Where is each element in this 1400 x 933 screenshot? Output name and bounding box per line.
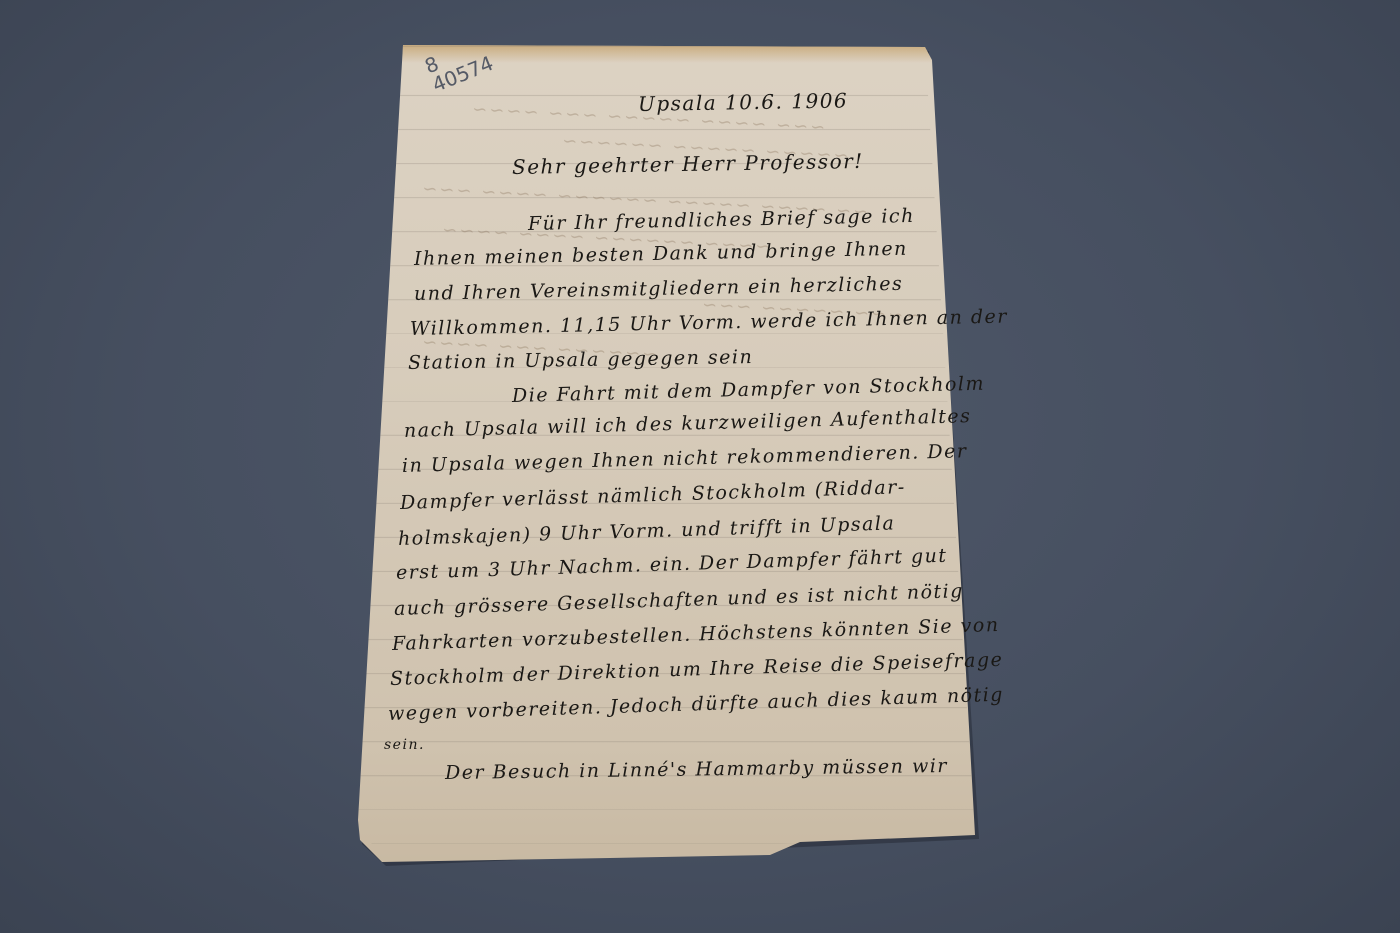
- place-date: Upsala 10.6. 1906: [638, 88, 849, 116]
- letter-line: sein.: [384, 737, 425, 753]
